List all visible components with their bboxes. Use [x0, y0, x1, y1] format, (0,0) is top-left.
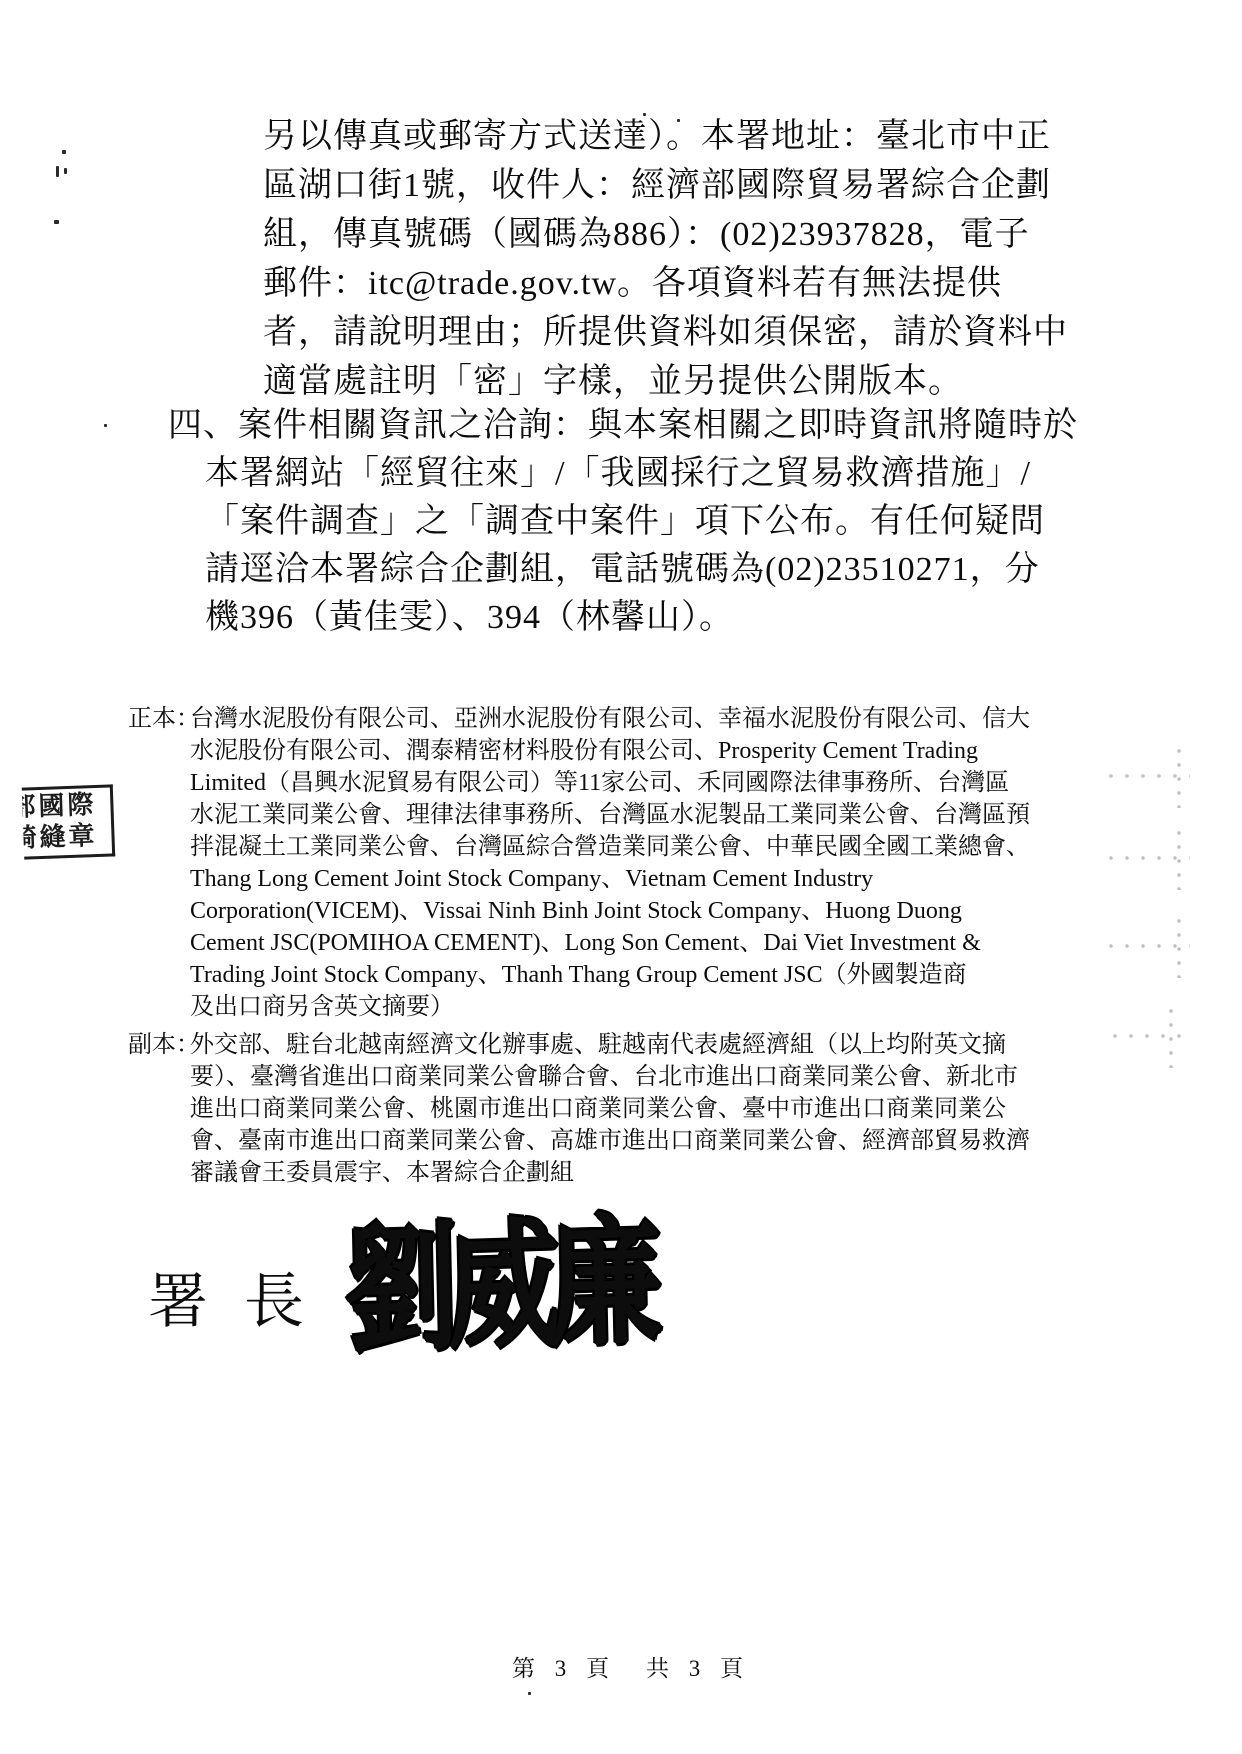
text-line: Thang Long Cement Joint Stock Company、Vi…	[190, 863, 1030, 895]
item4-first-line-text: 案件相關資訊之洽詢：與本案相關之即時資訊將隨時於	[238, 407, 1078, 444]
item3-continuation-paragraph: 另以傳真或郵寄方式送達）。本署地址：臺北市中正區湖口街1號，收件人：經濟部國際貿…	[263, 112, 1068, 406]
scan-artifact-cluster	[1104, 744, 1190, 808]
item4-continuation-lines: 本署網站「經貿往來」/「我國採行之貿易救濟措施」/「案件調查」之「調查中案件」項…	[168, 450, 1078, 642]
scan-artifact-cluster	[1104, 826, 1190, 890]
original-recipients-block: 正本： 台灣水泥股份有限公司、亞洲水泥股份有限公司、幸福水泥股份有限公司、信大水…	[128, 703, 1030, 1023]
text-line: Trading Joint Stock Company、Thanh Thang …	[190, 959, 1030, 991]
signature-block: 署長劉威廉	[148, 1238, 716, 1362]
text-line: 「案件調查」之「調查中案件」項下公布。有任何疑問	[168, 498, 1078, 546]
text-line: 機396（黃佳雯）、394（林馨山）。	[168, 594, 1078, 642]
cross-page-seal-stamp: 部國際 騎縫章	[22, 784, 115, 859]
scan-artifact-cluster	[1108, 1004, 1182, 1068]
text-line: 組，傳真號碼（國碼為886）：(02)23937828，電子	[263, 210, 1068, 259]
text-line: 審議會王委員震宇、本署綜合企劃組	[190, 1157, 1030, 1189]
copy-recipients-label: 副本：	[128, 1029, 200, 1061]
original-recipients-lines: 台灣水泥股份有限公司、亞洲水泥股份有限公司、幸福水泥股份有限公司、信大水泥股份有…	[190, 703, 1030, 1023]
item4-first-line: 四、案件相關資訊之洽詢：與本案相關之即時資訊將隨時於	[168, 402, 1078, 450]
text-line: Cement JSC(POMIHOA CEMENT)、Long Son Ceme…	[190, 927, 1030, 959]
text-line: 郵件：itc@trade.gov.tw。各項資料若有無法提供	[263, 259, 1068, 308]
text-line: Limited（昌興水泥貿易有限公司）等11家公司、禾同國際法律事務所、台灣區	[190, 767, 1030, 799]
scan-speck	[54, 220, 59, 224]
stamp-text: 部國際 騎縫章	[22, 788, 115, 854]
stamp-line-1: 部國際	[22, 788, 115, 823]
copy-recipients-lines: 外交部、駐台北越南經濟文化辦事處、駐越南代表處經濟組（以上均附英文摘要）、臺灣省…	[190, 1029, 1030, 1189]
stamp-line-2: 騎縫章	[22, 819, 115, 854]
text-line: 拌混凝土工業同業公會、台灣區綜合營造業同業公會、中華民國全國工業總會、	[190, 831, 1030, 863]
scan-speck	[56, 166, 59, 177]
scan-speck	[528, 1692, 531, 1695]
scan-speck	[104, 424, 107, 427]
original-recipients-label: 正本：	[128, 703, 200, 735]
scan-artifact-cluster	[1104, 914, 1190, 978]
scanned-document-page: 部國際 騎縫章 另以傳真或郵寄方式送達）。本署地址：臺北市中正區湖口街1號，收件…	[0, 0, 1242, 1754]
signature-calligraphy: 劉威廉	[344, 1214, 652, 1362]
signer-title: 署長	[148, 1254, 340, 1340]
text-line: 水泥工業同業公會、理律法律事務所、台灣區水泥製品工業同業公會、台灣區預	[190, 799, 1030, 831]
text-line: 適當處註明「密」字樣，並另提供公開版本。	[263, 357, 1068, 406]
item4-number: 四、	[168, 407, 238, 444]
text-line: 及出口商另含英文摘要）	[190, 991, 1030, 1023]
page-number-footer: 第 3 頁 共 3 頁	[0, 1650, 1242, 1683]
text-line: 本署網站「經貿往來」/「我國採行之貿易救濟措施」/	[168, 450, 1078, 498]
scan-speck	[64, 168, 67, 174]
text-line: 台灣水泥股份有限公司、亞洲水泥股份有限公司、幸福水泥股份有限公司、信大	[190, 703, 1030, 735]
text-line: 外交部、駐台北越南經濟文化辦事處、駐越南代表處經濟組（以上均附英文摘	[190, 1029, 1030, 1061]
item4-paragraph: 四、案件相關資訊之洽詢：與本案相關之即時資訊將隨時於 本署網站「經貿往來」/「我…	[168, 402, 1078, 642]
text-line: 水泥股份有限公司、潤泰精密材料股份有限公司、Prosperity Cement …	[190, 735, 1030, 767]
text-line: 區湖口街1號，收件人：經濟部國際貿易署綜合企劃	[263, 161, 1068, 210]
text-line: 請逕洽本署綜合企劃組，電話號碼為(02)23510271，分	[168, 546, 1078, 594]
text-line: 進出口商業同業公會、桃園市進出口商業同業公會、臺中市進出口商業同業公	[190, 1093, 1030, 1125]
text-line: Corporation(VICEM)、Vissai Ninh Binh Join…	[190, 895, 1030, 927]
text-line: 者，請說明理由；所提供資料如須保密，請於資料中	[263, 308, 1068, 357]
scan-speck	[62, 150, 66, 154]
text-line: 要）、臺灣省進出口商業同業公會聯合會、台北市進出口商業同業公會、新北市	[190, 1061, 1030, 1093]
text-line: 另以傳真或郵寄方式送達）。本署地址：臺北市中正	[263, 112, 1068, 161]
text-line: 會、臺南市進出口商業同業公會、高雄市進出口商業同業公會、經濟部貿易救濟	[190, 1125, 1030, 1157]
copy-recipients-block: 副本： 外交部、駐台北越南經濟文化辦事處、駐越南代表處經濟組（以上均附英文摘要）…	[128, 1029, 1030, 1189]
